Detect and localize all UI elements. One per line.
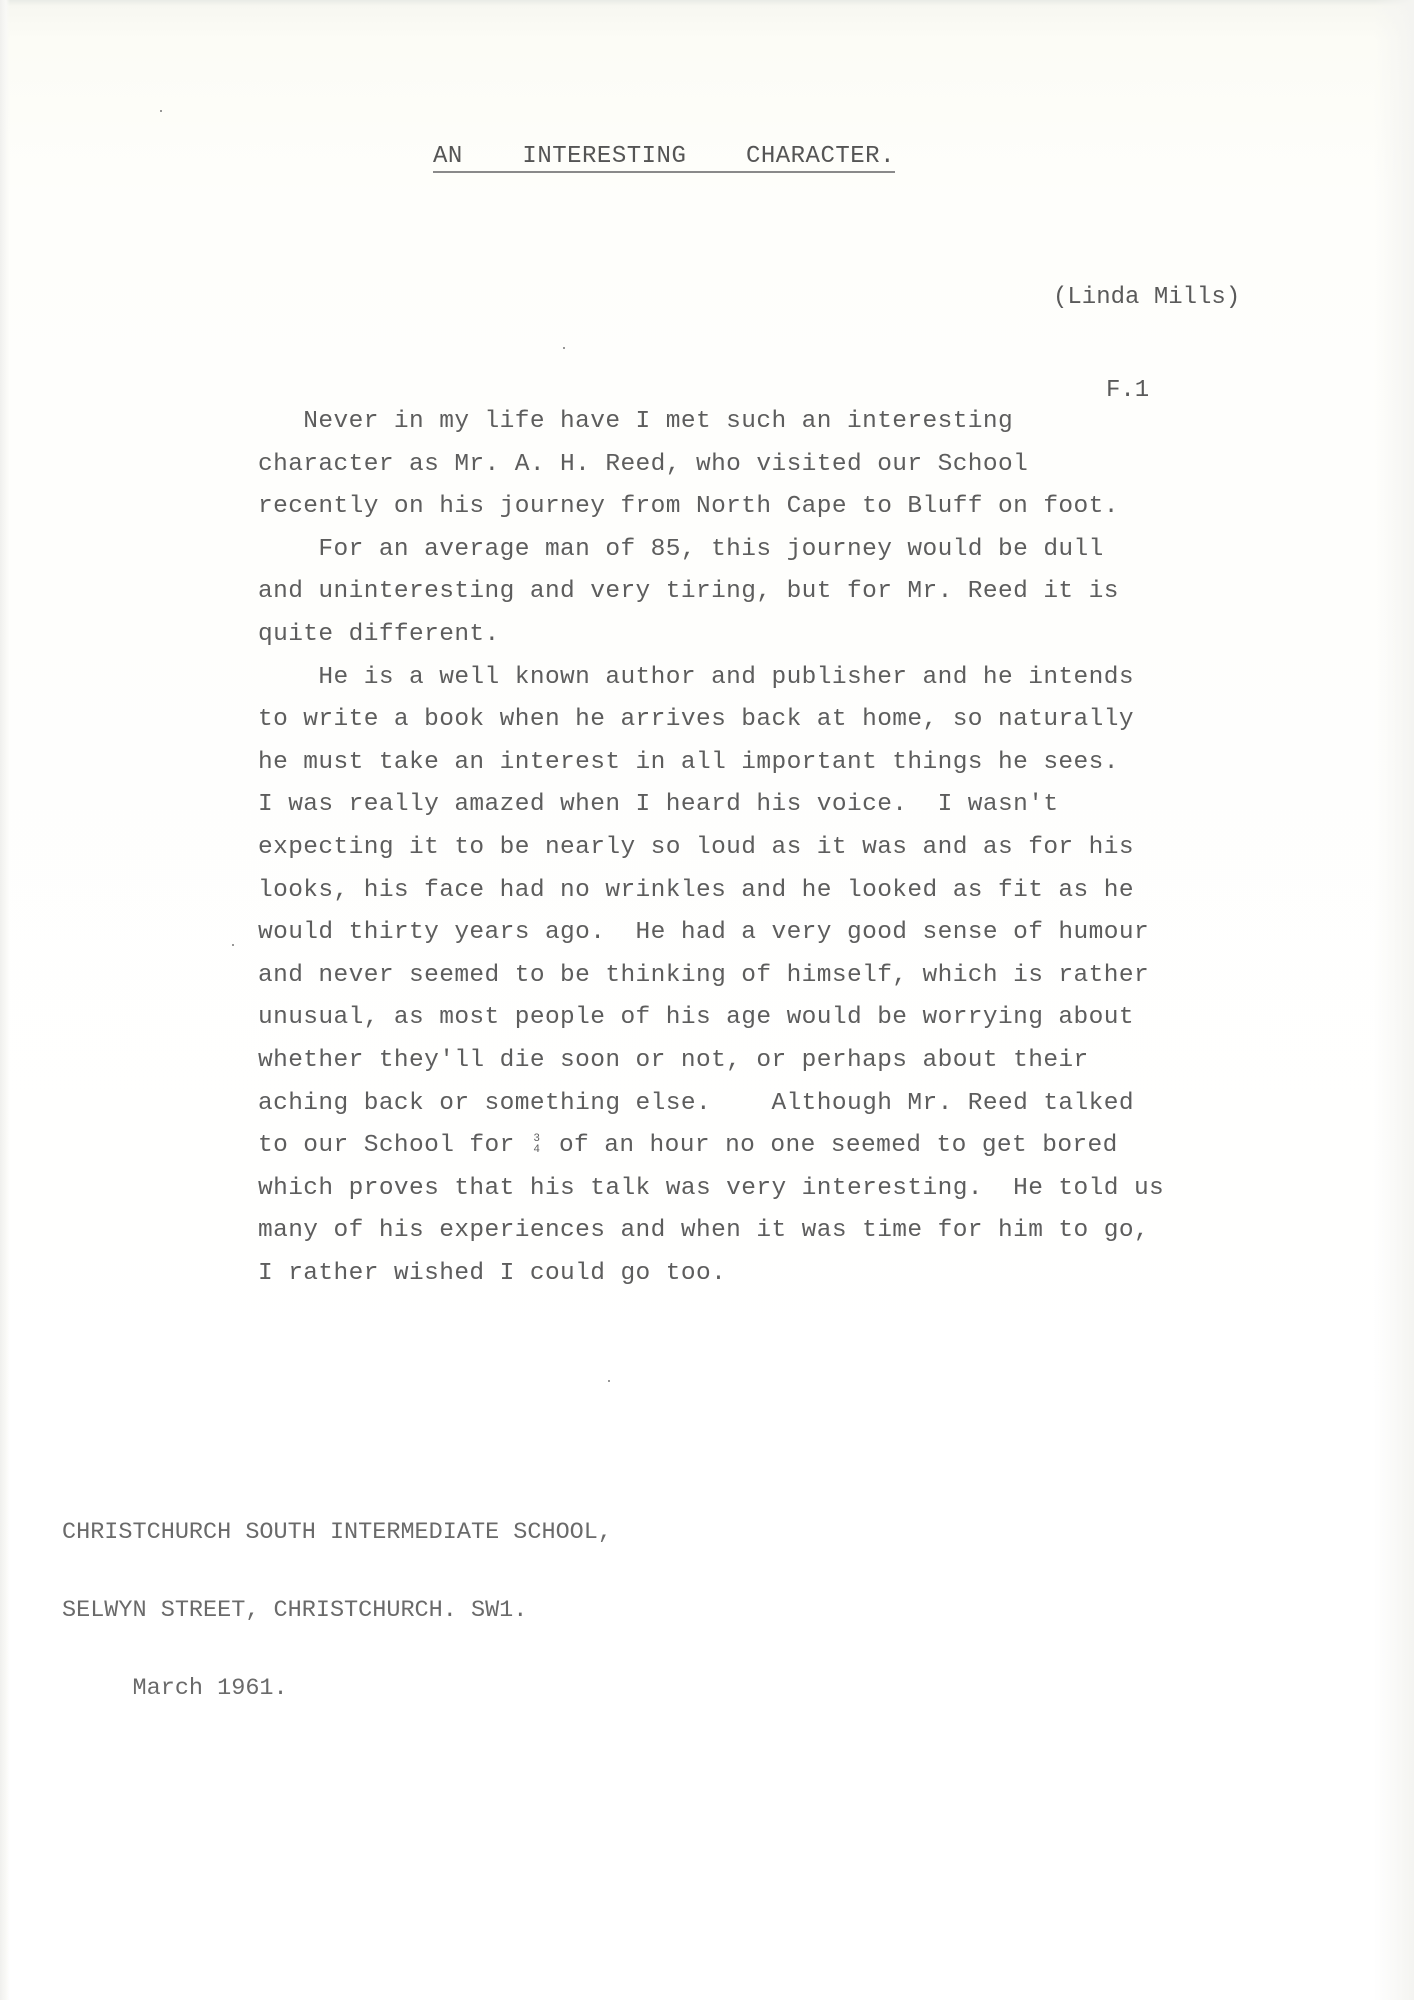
body-text-fragment: of an hour no one seemed to get bored xyxy=(544,1132,1118,1159)
body-line: He is a well known author and publisher … xyxy=(258,657,1338,700)
fraction-denominator: 4 xyxy=(530,1145,544,1156)
body-line: which proves that his talk was very inte… xyxy=(258,1168,1338,1211)
body-line: looks, his face had no wrinkles and he l… xyxy=(258,870,1338,913)
paper-speck xyxy=(232,944,234,946)
body-line: I rather wished I could go too. xyxy=(258,1253,1338,1296)
body-line: would thirty years ago. He had a very go… xyxy=(258,912,1338,955)
body-line: I was really amazed when I heard his voi… xyxy=(258,784,1338,827)
body-line: many of his experiences and when it was … xyxy=(258,1210,1338,1253)
school-address-block: CHRISTCHURCH SOUTH INTERMEDIATE SCHOOL, … xyxy=(62,1468,612,1728)
paper-edge-left xyxy=(0,0,10,2000)
paper-speck xyxy=(608,1380,610,1382)
body-line: recently on his journey from North Cape … xyxy=(258,486,1338,529)
body-text-fragment: to our School for xyxy=(258,1132,530,1159)
body-line: For an average man of 85, this journey w… xyxy=(258,529,1338,572)
body-line: quite different. xyxy=(258,614,1338,657)
body-line: character as Mr. A. H. Reed, who visited… xyxy=(258,444,1338,487)
essay-body: Never in my life have I met such an inte… xyxy=(258,401,1338,1295)
body-line: and uninteresting and very tiring, but f… xyxy=(258,571,1338,614)
body-line: and never seemed to be thinking of himse… xyxy=(258,955,1338,998)
paper-edge-right xyxy=(1374,0,1414,2000)
document-title: AN INTERESTING CHARACTER. xyxy=(433,144,895,173)
school-street: SELWYN STREET, CHRISTCHURCH. SW1. xyxy=(62,1598,612,1624)
body-line: unusual, as most people of his age would… xyxy=(258,997,1338,1040)
body-line: whether they'll die soon or not, or perh… xyxy=(258,1040,1338,1083)
paper-speck xyxy=(563,347,565,349)
school-name: CHRISTCHURCH SOUTH INTERMEDIATE SCHOOL, xyxy=(62,1520,612,1546)
paper-speck xyxy=(160,110,162,112)
body-line: he must take an interest in all importan… xyxy=(258,742,1338,785)
three-quarters-fraction: 34 xyxy=(530,1134,544,1156)
body-line-with-fraction: to our School for 34 of an hour no one s… xyxy=(258,1125,1338,1168)
fraction-numerator: 3 xyxy=(530,1134,544,1145)
author-name: (Linda Mills) xyxy=(1053,282,1240,313)
body-line: to write a book when he arrives back at … xyxy=(258,699,1338,742)
body-line: expecting it to be nearly so loud as it … xyxy=(258,827,1338,870)
body-line: aching back or something else. Although … xyxy=(258,1083,1338,1126)
document-date: March 1961. xyxy=(62,1676,612,1702)
body-line: Never in my life have I met such an inte… xyxy=(258,401,1338,444)
